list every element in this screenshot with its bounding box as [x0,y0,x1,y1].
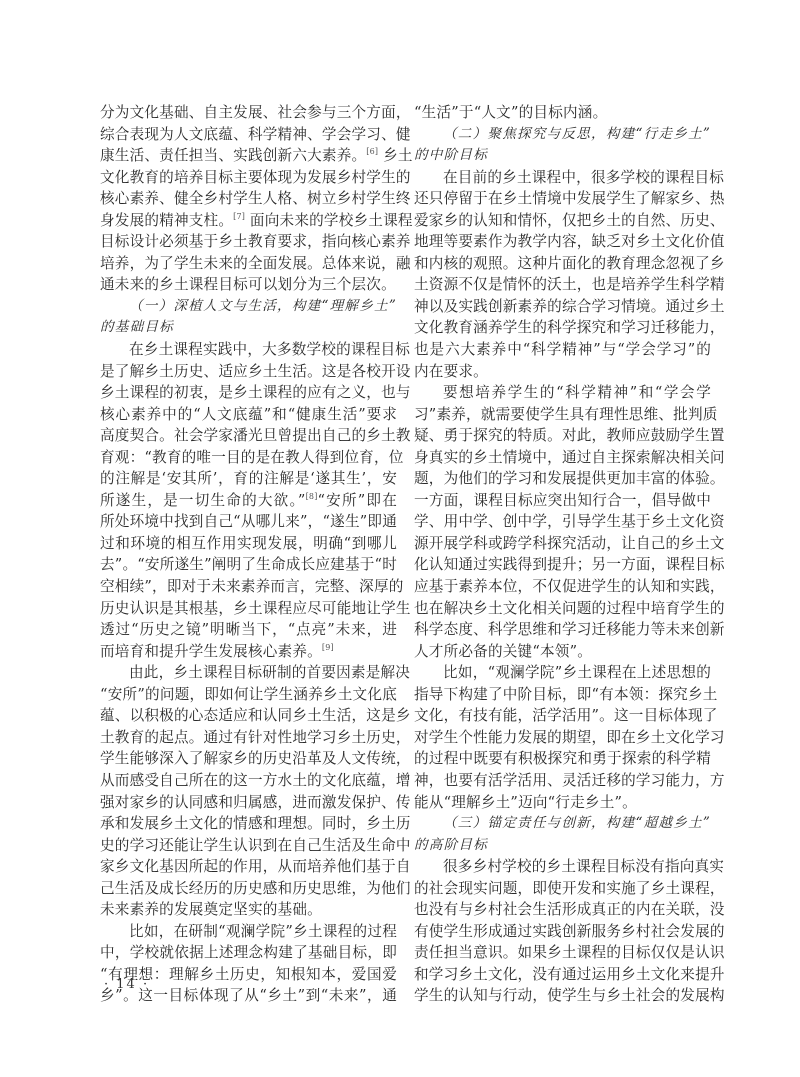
line-text: 很多乡村学校的乡土课程目标没有指向真实 [443,858,724,875]
text-line: 指导下构建了中阶目标，即“有本领：探究乡土 [414,684,711,706]
text-line: 和学习乡土文化，没有通过运用乡土文化来提升 [414,964,711,986]
line-text: 核心素养中的“人文底蕴”和“健康生活”要求 [100,406,397,423]
line-text: 习”素养，就需要使学生具有理性思维、批判质 [414,406,718,423]
line-text: 在乡土课程实践中，大多数学校的课程目标 [129,341,410,358]
line-text: 地理等要素作为教学内容，缺乏对乡土文化价值 [414,233,725,250]
text-line: 责任担当意识。如果乡土课程的目标仅仅是认识 [414,942,711,964]
line-text: 和内核的观照。这种片面化的教育理念忽视了乡 [414,255,725,272]
text-line: 分为文化基础、自主发展、社会参与三个方面， [100,102,397,124]
section-heading-line: 的高阶目标 [414,835,711,857]
text-line: 疑、勇于探究的特质。对此，教师应鼓励学生置 [414,425,711,447]
line-text: 目标设计必须基于乡土教育要求，指向核心素养 [100,233,411,250]
citation-ref: [8] [306,492,318,501]
line-text: “安所”的问题，即如何让学生涵养乡土文化底 [100,686,397,703]
line-text: 家乡文化基因所起的作用，从而培养他们基于自 [100,858,411,875]
text-line: 还只停留于在乡土情境中发展学生了解家乡、热 [414,188,711,210]
line-text: 题，为他们的学习和发展提供更加丰富的体验。 [414,470,725,487]
text-line: 神，也要有活学活用、灵活迁移的学习能力，方 [414,770,711,792]
line-text: 化认知通过实践得到提升；另一方面，课程目标 [414,556,725,573]
left-column: 分为文化基础、自主发展、社会参与三个方面，综合表现为人文底蕴、科学精神、学会学习… [100,102,397,1007]
text-line: 和内核的观照。这种片面化的教育理念忽视了乡 [414,253,711,275]
text-line: 题，为他们的学习和发展提供更加丰富的体验。 [414,468,711,490]
line-text: 指导下构建了中阶目标，即“有本领：探究乡土 [414,686,718,703]
text-line: 学生的认知与行动，使学生与乡土社会的发展构 [414,985,711,1007]
line-text: 承和发展乡土文化的情感和理想。同时，乡土历 [100,815,411,832]
text-line: 在目前的乡土课程中，很多学校的课程目标 [414,167,711,189]
line-text: （三）锚定责任与创新，构建“超越乡土” [443,815,711,831]
text-line: 能从“理解乡土”迈向“行走乡土”。 [414,792,711,814]
line-text: 身真实的乡土情境中，通过自主探索解决相关问 [414,449,725,466]
line-text: 爱家乡的认知和情怀，仅把乡土的自然、历史、 [414,212,725,229]
line-text: 身发展的精神支柱。 [100,212,233,229]
line-text: 源开展学科或跨学科探究活动，让自己的乡土文 [414,535,725,552]
line-text: 还只停留于在乡土情境中发展学生了解家乡、热 [414,190,725,207]
text-line: 目标设计必须基于乡土教育要求，指向核心素养 [100,231,397,253]
line-text: （一）深植人文与生活，构建“理解乡土” [129,298,397,314]
text-line: 综合表现为人文底蕴、科学精神、学会学习、健 [100,124,397,146]
text-line: 身真实的乡土情境中，通过自主探索解决相关问 [414,447,711,469]
line-text: 强对家乡的认同感和归属感，进而激发保护、传 [100,794,411,811]
line-text: 的基础目标 [100,319,174,335]
text-line: 有使学生形成通过实践创新服务乡村社会发展的 [414,921,711,943]
line-text: 史的学习还能让学生认识到在自己生活及生命中 [100,837,411,854]
line-text: 一方面，课程目标应突出知行合一，倡导做中 [414,492,711,509]
text-line: 所处环境中找到自己“从哪儿来”，“遂生”即通 [100,511,397,533]
text-line: 而培育和提升学生发展核心素养。[9] [100,641,397,663]
text-line: 地理等要素作为教学内容，缺乏对乡土文化价值 [414,231,711,253]
line-text: （二）聚焦探究与反思，构建“行走乡土” [443,126,711,142]
line-text: 培养，为了学生未来的全面发展。总体来说，融 [100,255,411,272]
line-text: 从而感受自己所在的这一方水土的文化底蕴，增 [100,772,411,789]
line-text: 乡土课程的初衷，是乡土课程的应有之义，也与 [100,384,411,401]
text-line: 高度契合。社会学家潘光旦曾提出自己的乡土教 [100,425,397,447]
line-text: 高度契合。社会学家潘光旦曾提出自己的乡土教 [100,427,411,444]
line-text: “生活”于“人文”的目标内涵。 [414,104,607,121]
text-line: 去”。“安所遂生”阐明了生命成长应建基于“时 [100,554,397,576]
line-text: 土资源不仅是情怀的沃土，也是培养学生科学精 [414,276,725,293]
section-heading-line: 的中阶目标 [414,145,711,167]
text-line: 透过“历史之镜”明晰当下，“点亮”未来，进 [100,619,397,641]
line-text: 的中阶目标 [414,147,488,163]
line-text: 通未来的乡土课程目标可以划分为三个层次。 [100,276,396,293]
line-text: 文化教育涵养学生的科学探究和学习迁移能力， [414,319,725,336]
section-heading-line: （一）深植人文与生活，构建“理解乡土” [100,296,397,318]
text-line: “生活”于“人文”的目标内涵。 [414,102,711,124]
line-text: 对学生个性能力发展的期望，即在乡土文化学习 [414,729,725,746]
line-text: 是了解乡土历史、适应乡土生活。这是各校开设 [100,363,411,380]
text-line: 科学态度、科学思维和学习迁移能力等未来创新 [414,619,711,641]
line-text: 比如，“观澜学院”乡土课程在上述思想的 [443,664,711,681]
section-heading-line: （三）锚定责任与创新，构建“超越乡土” [414,813,711,835]
line-text: 学生的认知与行动，使学生与乡土社会的发展构 [414,987,725,1004]
text-line: 由此，乡土课程目标研制的首要因素是解决 [100,662,397,684]
text-line: 源开展学科或跨学科探究活动，让自己的乡土文 [414,533,711,555]
text-line: 比如，在研制“观澜学院”乡土课程的过程 [100,921,397,943]
text-line: 对学生个性能力发展的期望，即在乡土文化学习 [414,727,711,749]
line-text: 透过“历史之镜”明晰当下，“点亮”未来，进 [100,621,397,638]
citation-ref: [7] [233,212,245,221]
text-line: 的注解是‘安其所’，育的注解是‘遂其生’，安 [100,468,397,490]
line-text: 能从“理解乡土”迈向“行走乡土”。 [414,794,637,811]
line-text: 核心素养、健全乡村学生人格、树立乡村学生终 [100,190,411,207]
line-text: 的过程中既要有积极探究和勇于探索的科学精 [414,750,711,767]
line-text-after-ref: “安所”即在 [318,492,397,509]
text-line: 土资源不仅是情怀的沃土，也是培养学生科学精 [414,274,711,296]
line-text: 去”。“安所遂生”阐明了生命成长应建基于“时 [100,556,397,573]
line-text: 而培育和提升学生发展核心素养。 [100,643,322,660]
text-line: 历史认识是其根基，乡土课程应尽可能地让学生 [100,598,397,620]
text-line: 未来素养的发展奠定坚实的基础。 [100,899,397,921]
line-text: 所遂生，是一切生命的大欲。” [100,492,306,509]
text-line: 核心素养中的“人文底蕴”和“健康生活”要求 [100,404,397,426]
line-text: 内在要求。 [414,363,488,380]
section-heading-line: 的基础目标 [100,317,397,339]
text-line: 康生活、责任担当、实践创新六大素养。[6] 乡土 [100,145,397,167]
text-line: 土教育的起点。通过有针对性地学习乡土历史， [100,727,397,749]
page-number: · 14 · [104,977,149,992]
text-line: “安所”的问题，即如何让学生涵养乡土文化底 [100,684,397,706]
line-text: 所处环境中找到自己“从哪儿来”，“遂生”即通 [100,513,397,530]
section-heading-line: （二）聚焦探究与反思，构建“行走乡土” [414,124,711,146]
line-text: 土教育的起点。通过有针对性地学习乡土历史， [100,729,411,746]
line-text: 神，也要有活学活用、灵活迁移的学习能力，方 [414,772,725,789]
citation-ref: [6] [366,147,378,156]
text-line: 比如，“观澜学院”乡土课程在上述思想的 [414,662,711,684]
line-text: 文化，有技有能，活学活用”。这一目标体现了 [414,707,718,724]
line-text: 神以及实践创新素养的综合学习情境。通过乡土 [414,298,725,315]
line-text: 蕴、以积极的心态适应和认同乡土生活，这是乡 [100,707,411,724]
line-text: 学、用中学、创中学，引导学生基于乡土文化资 [414,513,725,530]
text-line: 人才所必备的关键“本领”。 [414,641,711,663]
text-line: 乡土课程的初衷，是乡土课程的应有之义，也与 [100,382,397,404]
line-text: 的社会现实问题，即使开发和实施了乡土课程， [414,880,725,897]
text-line: 通未来的乡土课程目标可以划分为三个层次。 [100,274,397,296]
text-line: 家乡文化基因所起的作用，从而培养他们基于自 [100,856,397,878]
line-text: 和学习乡土文化，没有通过运用乡土文化来提升 [414,966,725,983]
line-text: 也是六大素养中“科学精神”与“学会学习”的 [414,341,711,358]
text-line: 强对家乡的认同感和归属感，进而激发保护、传 [100,792,397,814]
line-text: 有使学生形成通过实践创新服务乡村社会发展的 [414,923,725,940]
text-line: 化认知通过实践得到提升；另一方面，课程目标 [414,554,711,576]
line-text: 综合表现为人文底蕴、科学精神、学会学习、健 [100,126,411,143]
text-line: 从而感受自己所在的这一方水土的文化底蕴，增 [100,770,397,792]
line-text: 应基于素养本位，不仅促进学生的认知和实践， [414,578,725,595]
text-line: 文化教育涵养学生的科学探究和学习迁移能力， [414,317,711,339]
text-line: 身发展的精神支柱。[7] 面向未来的学校乡土课程 [100,210,397,232]
line-text: 的高阶目标 [414,837,488,853]
text-line: 是了解乡土历史、适应乡土生活。这是各校开设 [100,361,397,383]
line-text: 空相续”，即对于未来素养而言，完整、深厚的 [100,578,404,595]
line-text: 过和环境的相互作用实现发展，明确“到哪儿 [100,535,397,552]
text-line: 学、用中学、创中学，引导学生基于乡土文化资 [414,511,711,533]
line-text: 中，学校就依据上述理念构建了基础目标，即 [100,944,397,961]
text-line: 中，学校就依据上述理念构建了基础目标，即 [100,942,397,964]
line-text: 也没有与乡村社会生活形成真正的内在关联，没 [414,901,725,918]
text-line: 也在解决乡土文化相关问题的过程中培育学生的 [414,598,711,620]
line-text: 人才所必备的关键“本领”。 [414,643,592,660]
line-text: 己生活及成长经历的历史感和历史思维，为他们 [100,880,411,897]
line-text-after-ref: 面向未来的学校乡土课程 [245,212,413,229]
text-line: 文化，有技有能，活学活用”。这一目标体现了 [414,705,711,727]
line-text: 分为文化基础、自主发展、社会参与三个方面， [100,104,411,121]
line-text: 疑、勇于探究的特质。对此，教师应鼓励学生置 [414,427,725,444]
text-line: 培养，为了学生未来的全面发展。总体来说，融 [100,253,397,275]
text-line: 应基于素养本位，不仅促进学生的认知和实践， [414,576,711,598]
text-line: 一方面，课程目标应突出知行合一，倡导做中 [414,490,711,512]
line-text: 文化教育的培养目标主要体现为发展乡村学生的 [100,169,411,186]
text-line: 承和发展乡土文化的情感和理想。同时，乡土历 [100,813,397,835]
line-text: 学生能够深入了解家乡的历史沿革及人文传统， [100,750,411,767]
text-line: 空相续”，即对于未来素养而言，完整、深厚的 [100,576,397,598]
text-line: 的过程中既要有积极探究和勇于探索的科学精 [414,748,711,770]
text-line: 己生活及成长经历的历史感和历史思维，为他们 [100,878,397,900]
text-line: 的社会现实问题，即使开发和实施了乡土课程， [414,878,711,900]
text-line: 文化教育的培养目标主要体现为发展乡村学生的 [100,167,397,189]
text-line: 也没有与乡村社会生活形成真正的内在关联，没 [414,899,711,921]
text-line: 学生能够深入了解家乡的历史沿革及人文传统， [100,748,397,770]
text-line: 也是六大素养中“科学精神”与“学会学习”的 [414,339,711,361]
text-line: 要想培养学生的“科学精神”和“学会学 [414,382,711,404]
text-line: 所遂生，是一切生命的大欲。”[8]“安所”即在 [100,490,397,512]
citation-ref: [9] [322,643,334,652]
text-line: 神以及实践创新素养的综合学习情境。通过乡土 [414,296,711,318]
right-column: “生活”于“人文”的目标内涵。（二）聚焦探究与反思，构建“行走乡土”的中阶目标在… [414,102,711,1007]
text-line: 蕴、以积极的心态适应和认同乡土生活，这是乡 [100,705,397,727]
text-line: 内在要求。 [414,361,711,383]
text-line: 史的学习还能让学生认识到在自己生活及生命中 [100,835,397,857]
text-line: 在乡土课程实践中，大多数学校的课程目标 [100,339,397,361]
text-line: 习”素养，就需要使学生具有理性思维、批判质 [414,404,711,426]
line-text: 要想培养学生的“科学精神”和“学会学 [443,384,711,401]
line-text-after-ref: 乡土 [378,147,412,164]
text-line: 育观：“教育的唯一目的是在教人得到位育，位 [100,447,397,469]
line-text: 康生活、责任担当、实践创新六大素养。 [100,147,366,164]
document-page: 分为文化基础、自主发展、社会参与三个方面，综合表现为人文底蕴、科学精神、学会学习… [0,0,800,1077]
line-text: 历史认识是其根基，乡土课程应尽可能地让学生 [100,600,411,617]
line-text: 比如，在研制“观澜学院”乡土课程的过程 [129,923,397,940]
line-text: 由此，乡土课程目标研制的首要因素是解决 [129,664,410,681]
line-text: 未来素养的发展奠定坚实的基础。 [100,901,322,918]
line-text: 在目前的乡土课程中，很多学校的课程目标 [443,169,724,186]
line-text: 育观：“教育的唯一目的是在教人得到位育，位 [100,449,404,466]
line-text: 责任担当意识。如果乡土课程的目标仅仅是认识 [414,944,725,961]
text-line: 核心素养、健全乡村学生人格、树立乡村学生终 [100,188,397,210]
line-text: 的注解是‘安其所’，育的注解是‘遂其生’，安 [100,470,397,487]
line-text: 科学态度、科学思维和学习迁移能力等未来创新 [414,621,725,638]
text-line: 过和环境的相互作用实现发展，明确“到哪儿 [100,533,397,555]
line-text: 也在解决乡土文化相关问题的过程中培育学生的 [414,600,725,617]
text-line: 爱家乡的认知和情怀，仅把乡土的自然、历史、 [414,210,711,232]
text-line: 很多乡村学校的乡土课程目标没有指向真实 [414,856,711,878]
